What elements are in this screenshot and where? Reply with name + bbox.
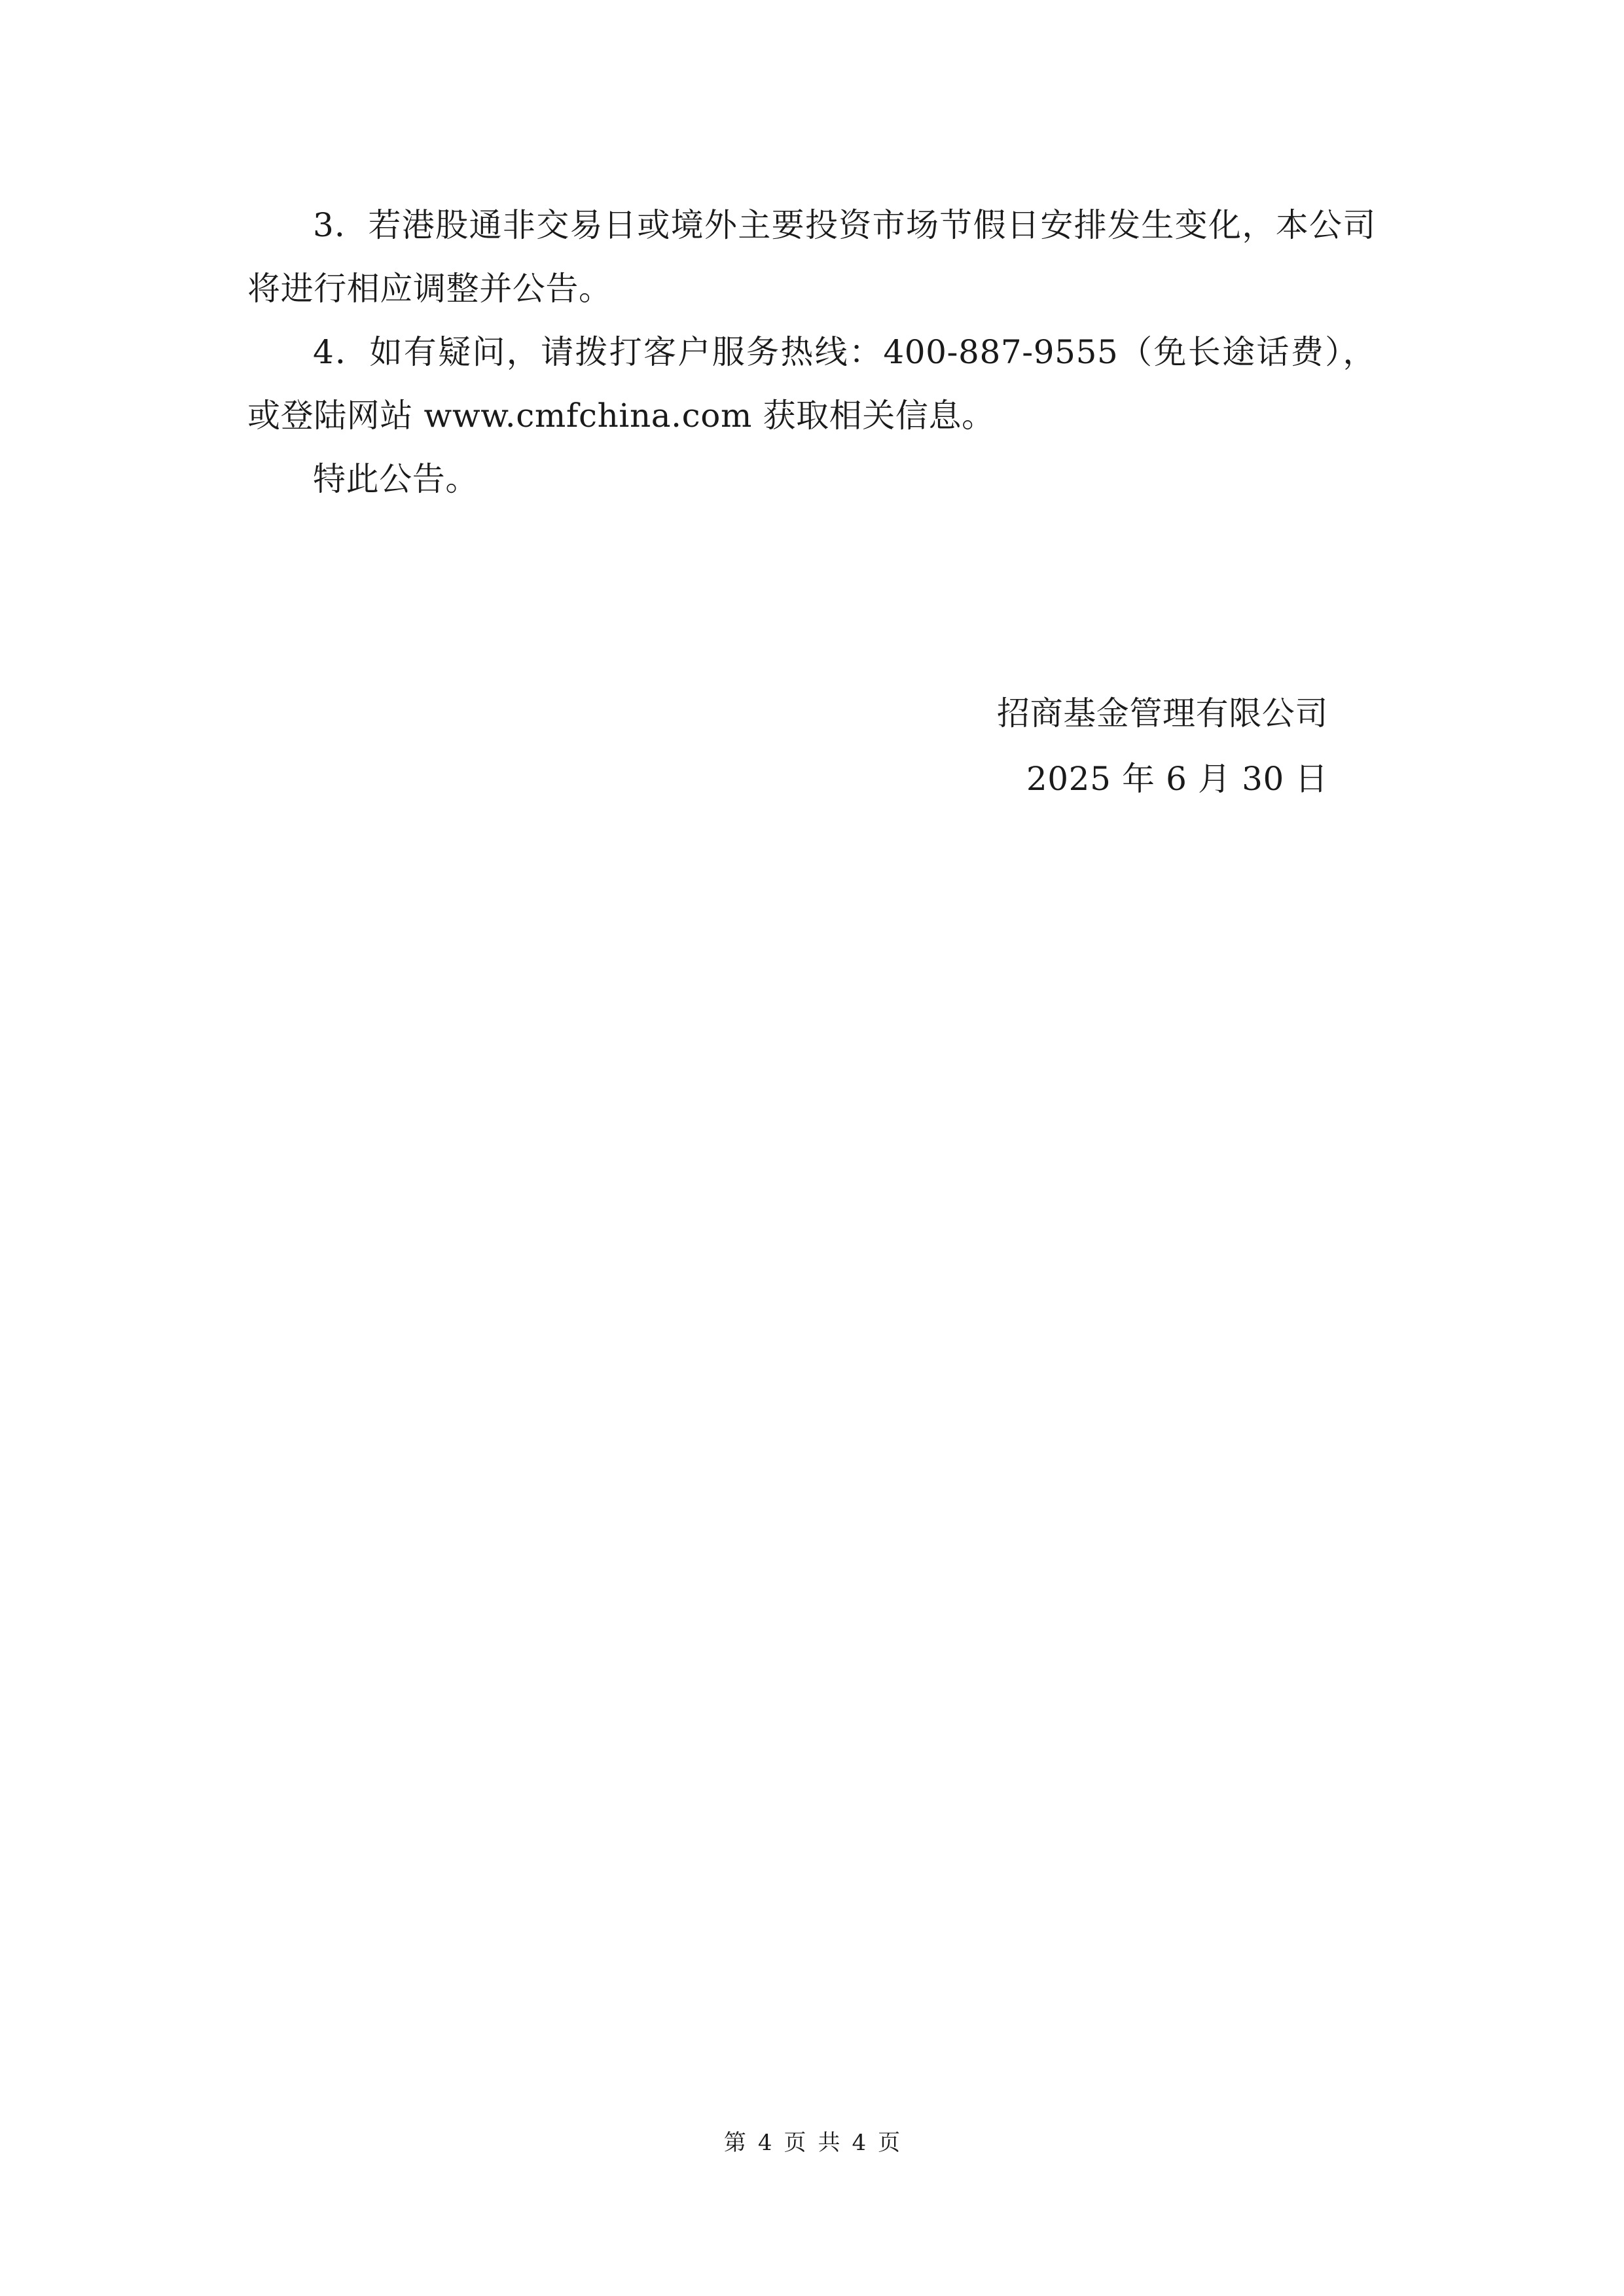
- footer-total-word: 共: [818, 2130, 840, 2156]
- signature-block: 招商基金管理有限公司 2025 年 6 月 30 日: [997, 681, 1328, 812]
- paragraph-number: 4．: [313, 333, 369, 371]
- document-page: 3．若港股通非交易日或境外主要投资市场节假日安排发生变化，本公司将进行相应调整并…: [0, 0, 1624, 2296]
- document-body: 3．若港股通非交易日或境外主要投资市场节假日安排发生变化，本公司将进行相应调整并…: [247, 194, 1376, 511]
- paragraph-text: 如有疑问，请拨打客户服务热线：400-887-9555（免长途话费），或登陆网站…: [247, 333, 1376, 435]
- footer-page-word: 页: [784, 2130, 806, 2156]
- footer-prefix: 第: [724, 2130, 746, 2156]
- paragraph-number: 3．: [313, 206, 369, 244]
- closing-statement: 特此公告。: [247, 448, 1376, 511]
- company-name: 招商基金管理有限公司: [997, 681, 1328, 746]
- current-page-number: 4: [758, 2130, 772, 2156]
- footer-suffix: 页: [878, 2130, 900, 2156]
- paragraph-text: 特此公告。: [313, 460, 478, 498]
- paragraph-item-4: 4．如有疑问，请拨打客户服务热线：400-887-9555（免长途话费），或登陆…: [247, 321, 1376, 448]
- paragraph-item-3: 3．若港股通非交易日或境外主要投资市场节假日安排发生变化，本公司将进行相应调整并…: [247, 194, 1376, 321]
- total-pages-number: 4: [852, 2130, 867, 2156]
- paragraph-text: 若港股通非交易日或境外主要投资市场节假日安排发生变化，本公司将进行相应调整并公告…: [247, 206, 1376, 308]
- page-footer: 第4页共4页: [0, 2130, 1624, 2156]
- announcement-date: 2025 年 6 月 30 日: [997, 746, 1328, 812]
